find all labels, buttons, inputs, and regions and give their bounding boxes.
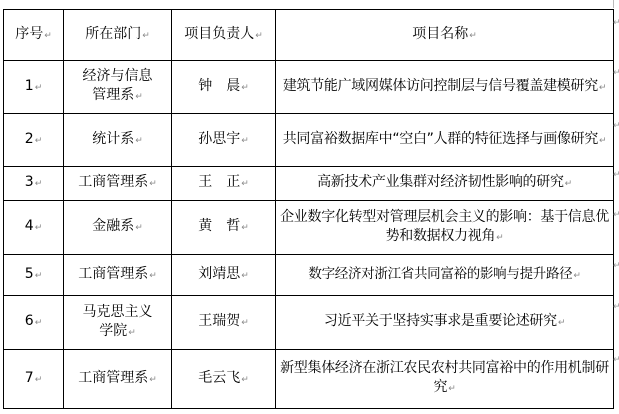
cell-department: 工商管理系↵ (64, 350, 172, 409)
cell-department: 工商管理系↵ (64, 255, 172, 296)
paragraph-mark-icon: ↵ (599, 136, 606, 146)
header-department: 所在部门↵ (64, 10, 172, 61)
cell-index: 5↵ (4, 255, 64, 296)
cell-project: 企业数字化转型对管理层机会主义的影响：基于信息优势和数据权力视角↵ (276, 201, 614, 255)
row-end-mark-icon: ↵ (613, 261, 619, 271)
paragraph-mark-icon: ↵ (35, 375, 43, 385)
paragraph-mark-icon: ↵ (565, 179, 572, 189)
paragraph-mark-icon: ↵ (573, 271, 580, 281)
cell-index: 2↵ (4, 114, 64, 167)
paragraph-mark-icon: ↵ (241, 375, 249, 385)
paragraph-mark-icon: ↵ (135, 136, 143, 146)
cell-leader: 孙思宇↵ (172, 114, 276, 167)
paragraph-mark-icon: ↵ (128, 328, 136, 338)
paragraph-mark-icon: ↵ (35, 83, 43, 93)
paragraph-mark-icon: ↵ (149, 179, 157, 189)
header-row: 序号↵ 所在部门↵ 项目负责人↵ 项目名称↵ (4, 10, 614, 61)
paragraph-mark-icon: ↵ (241, 83, 249, 93)
cell-leader: 钟 晨↵ (172, 61, 276, 114)
row-end-mark-icon: ↵ (613, 18, 619, 28)
cell-leader: 毛云飞↵ (172, 350, 276, 409)
paragraph-mark-icon: ↵ (558, 318, 565, 328)
cell-index: 6↵ (4, 296, 64, 350)
header-leader: 项目负责人↵ (172, 10, 276, 61)
header-project: 项目名称↵ (276, 10, 614, 61)
table-row: 3↵ 工商管理系↵ 王 正↵ 高新技术产业集群对经济韧性影响的研究↵ (4, 167, 614, 201)
paragraph-mark-icon: ↵ (241, 223, 249, 233)
cell-department: 金融系↵ (64, 201, 172, 255)
text-cursor-mark (613, 0, 614, 8)
table-row: 1↵ 经济与信息管理系↵ 钟 晨↵ 建筑节能广域网媒体访问控制层与信号覆盖建模研… (4, 61, 614, 114)
cell-project: 建筑节能广域网媒体访问控制层与信号覆盖建模研究↵ (276, 61, 614, 114)
paragraph-mark-icon: ↵ (142, 31, 150, 41)
cell-leader: 黄 哲↵ (172, 201, 276, 255)
paragraph-mark-icon: ↵ (35, 179, 43, 189)
cell-leader: 王 正↵ (172, 167, 276, 201)
row-end-mark-icon: ↵ (613, 170, 619, 180)
paragraph-mark-icon: ↵ (469, 31, 477, 41)
paragraph-mark-icon: ↵ (496, 233, 503, 243)
paragraph-mark-icon: ↵ (241, 179, 249, 189)
paragraph-mark-icon: ↵ (135, 223, 143, 233)
row-end-mark-icon: ↵ (613, 68, 619, 78)
cell-department: 马克思主义学院↵ (64, 296, 172, 350)
cell-project: 习近平关于坚持实事求是重要论述研究↵ (276, 296, 614, 350)
row-end-mark-icon: ↵ (613, 302, 619, 312)
paragraph-mark-icon: ↵ (241, 271, 249, 281)
paragraph-mark-icon: ↵ (35, 318, 43, 328)
table-row: 2↵ 统计系↵ 孙思宇↵ 共同富裕数据库中“空白”人群的特征选择与画像研究↵ (4, 114, 614, 167)
paragraph-mark-icon: ↵ (241, 136, 249, 146)
table-row: 4↵ 金融系↵ 黄 哲↵ 企业数字化转型对管理层机会主义的影响：基于信息优势和数… (4, 201, 614, 255)
cell-project: 新型集体经济在浙江农民农村共同富裕中的作用机制研究↵ (276, 350, 614, 409)
paragraph-mark-icon: ↵ (35, 136, 43, 146)
paragraph-mark-icon: ↵ (255, 31, 263, 41)
cell-index: 1↵ (4, 61, 64, 114)
cell-department: 工商管理系↵ (64, 167, 172, 201)
paragraph-mark-icon: ↵ (35, 223, 43, 233)
cell-project: 数字经济对浙江省共同富裕的影响与提升路径↵ (276, 255, 614, 296)
paragraph-mark-icon: ↵ (35, 271, 43, 281)
table-row: 7↵ 工商管理系↵ 毛云飞↵ 新型集体经济在浙江农民农村共同富裕中的作用机制研究… (4, 350, 614, 409)
table-row: 5↵ 工商管理系↵ 刘靖思↵ 数字经济对浙江省共同富裕的影响与提升路径↵ (4, 255, 614, 296)
cell-project: 共同富裕数据库中“空白”人群的特征选择与画像研究↵ (276, 114, 614, 167)
paragraph-mark-icon: ↵ (149, 375, 157, 385)
paragraph-mark-icon: ↵ (149, 271, 157, 281)
paragraph-mark-icon: ↵ (44, 31, 52, 41)
paragraph-mark-icon: ↵ (599, 83, 606, 93)
cell-leader: 王瑞贺↵ (172, 296, 276, 350)
paragraph-mark-icon: ↵ (135, 92, 143, 102)
paragraph-mark-icon: ↵ (448, 384, 455, 394)
paragraph-mark-icon: ↵ (241, 318, 249, 328)
cell-department: 经济与信息管理系↵ (64, 61, 172, 114)
cell-index: 3↵ (4, 167, 64, 201)
cell-department: 统计系↵ (64, 114, 172, 167)
cell-project: 高新技术产业集群对经济韧性影响的研究↵ (276, 167, 614, 201)
table-row: 6↵ 马克思主义学院↵ 王瑞贺↵ 习近平关于坚持实事求是重要论述研究↵ (4, 296, 614, 350)
row-end-mark-icon: ↵ (613, 355, 619, 365)
cell-index: 7↵ (4, 350, 64, 409)
header-index: 序号↵ (4, 10, 64, 61)
project-table: 序号↵ 所在部门↵ 项目负责人↵ 项目名称↵ 1↵ 经济与信息管理系↵ 钟 晨↵… (3, 9, 614, 409)
row-end-mark-icon: ↵ (613, 210, 619, 220)
cell-index: 4↵ (4, 201, 64, 255)
row-end-mark-icon: ↵ (613, 121, 619, 131)
cell-leader: 刘靖思↵ (172, 255, 276, 296)
